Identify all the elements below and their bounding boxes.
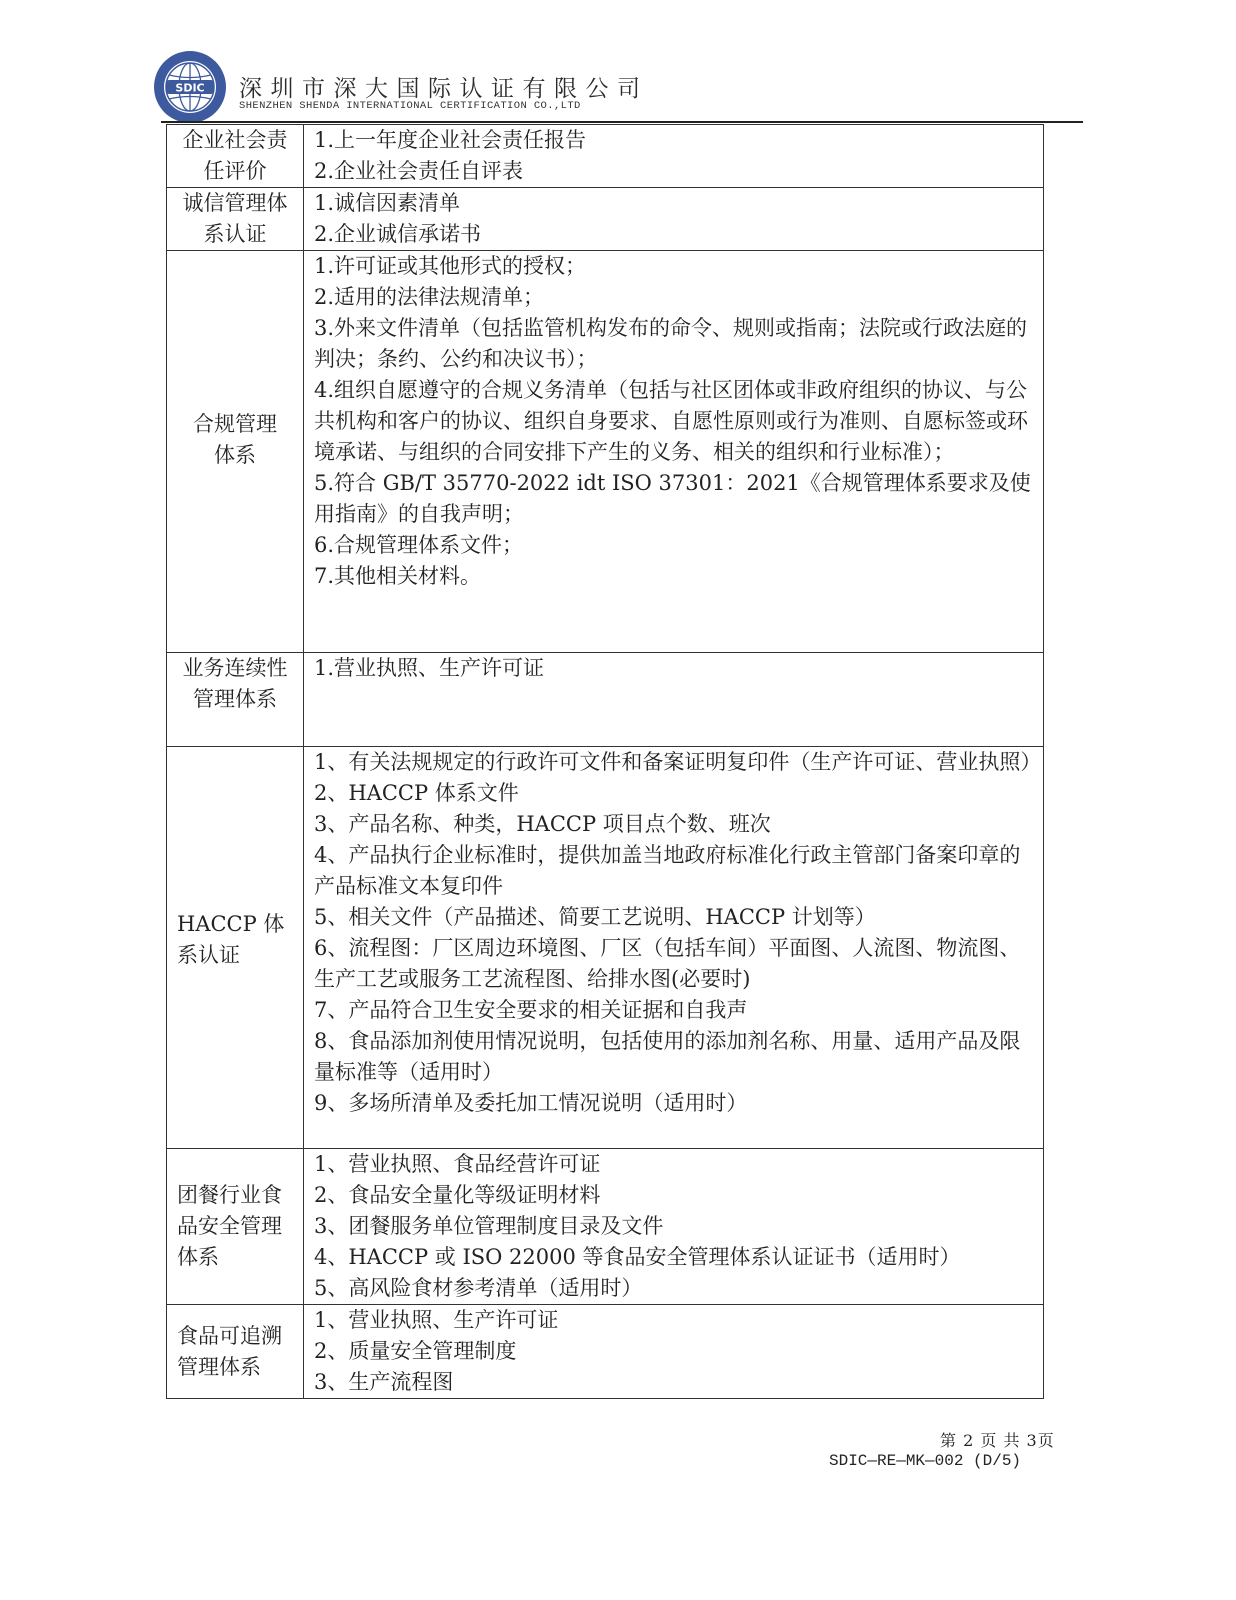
list-item: 6.合规管理体系文件； — [314, 530, 1035, 561]
list-item: 3.外来文件清单（包括监管机构发布的命令、规则或指南；法院或行政法庭的判决；条约… — [314, 313, 1035, 375]
list-item: 4、产品执行企业标准时，提供加盖当地政府标准化行政主管部门备案印章的产品标准文本… — [314, 840, 1035, 902]
list-item: 3、产品名称、种类，HACCP 项目点个数、班次 — [314, 809, 1035, 840]
list-item: 1.诚信因素清单 — [314, 188, 1035, 219]
category-cell: 业务连续性管理体系 — [167, 653, 304, 747]
table-row: 食品可追溯管理体系 1、营业执照、生产许可证 2、质量安全管理制度 3、生产流程… — [167, 1305, 1044, 1399]
company-name-cn: 深圳市深大国际认证有限公司 — [239, 70, 649, 103]
list-item: 2.企业诚信承诺书 — [314, 219, 1035, 250]
list-item: 9、多场所清单及委托加工情况说明（适用时） — [314, 1088, 1035, 1119]
list-item: 6、流程图：厂区周边环境图、厂区（包括车间）平面图、人流图、物流图、生产工艺或服… — [314, 933, 1035, 995]
category-cell: 诚信管理体系认证 — [167, 188, 304, 251]
table-row: 企业社会责任评价 1.上一年度企业社会责任报告 2.企业社会责任自评表 — [167, 125, 1044, 188]
list-item: 2、HACCP 体系文件 — [314, 778, 1035, 809]
list-item: 2.企业社会责任自评表 — [314, 156, 1035, 187]
table-row: 诚信管理体系认证 1.诚信因素清单 2.企业诚信承诺书 — [167, 188, 1044, 251]
table-row: HACCP 体系认证 1、有关法规规定的行政许可文件和备案证明复印件（生产许可证… — [167, 747, 1044, 1149]
list-item: 5、高风险食材参考清单（适用时） — [314, 1273, 1035, 1304]
list-item: 7、产品符合卫生安全要求的相关证据和自我声 — [314, 995, 1035, 1026]
list-item: 1.营业执照、生产许可证 — [314, 653, 1035, 684]
list-item: 1、营业执照、生产许可证 — [314, 1305, 1035, 1336]
content-cell: 1、营业执照、食品经营许可证 2、食品安全量化等级证明材料 3、团餐服务单位管理… — [304, 1149, 1044, 1305]
table-row: 业务连续性管理体系 1.营业执照、生产许可证 — [167, 653, 1044, 747]
requirements-table: 企业社会责任评价 1.上一年度企业社会责任报告 2.企业社会责任自评表 诚信管理… — [166, 124, 1044, 1399]
content-cell: 1.许可证或其他形式的授权； 2.适用的法律法规清单； 3.外来文件清单（包括监… — [304, 251, 1044, 653]
list-item: 3、生产流程图 — [314, 1367, 1035, 1398]
category-cell: 团餐行业食品安全管理体系 — [167, 1149, 304, 1305]
content-cell: 1、营业执照、生产许可证 2、质量安全管理制度 3、生产流程图 — [304, 1305, 1044, 1399]
list-item: 5.符合 GB/T 35770-2022 idt ISO 37301：2021《… — [314, 468, 1035, 530]
list-item: 1.许可证或其他形式的授权； — [314, 251, 1035, 282]
list-item: 2、食品安全量化等级证明材料 — [314, 1180, 1035, 1211]
document-code: SDIC—RE—MK—002 (D/5) — [829, 1452, 1021, 1470]
page-number: 第 2 页 共 3页 — [940, 1428, 1055, 1451]
list-item: 2、质量安全管理制度 — [314, 1336, 1035, 1367]
content-cell: 1.营业执照、生产许可证 — [304, 653, 1044, 747]
category-cell: 企业社会责任评价 — [167, 125, 304, 188]
list-item: 1.上一年度企业社会责任报告 — [314, 125, 1035, 156]
list-item: 3、团餐服务单位管理制度目录及文件 — [314, 1211, 1035, 1242]
list-item: 8、食品添加剂使用情况说明，包括使用的添加剂名称、用量、适用产品及限量标准等（适… — [314, 1026, 1035, 1088]
sdic-logo-icon: SDIC — [153, 50, 227, 124]
list-item: 2.适用的法律法规清单； — [314, 282, 1035, 313]
svg-text:SDIC: SDIC — [175, 82, 204, 95]
content-cell: 1、有关法规规定的行政许可文件和备案证明复印件（生产许可证、营业执照） 2、HA… — [304, 747, 1044, 1149]
document-header: SDIC 深圳市深大国际认证有限公司 SHENZHEN SHENDA INTER… — [153, 50, 1083, 122]
list-item: 1、有关法规规定的行政许可文件和备案证明复印件（生产许可证、营业执照） — [314, 747, 1035, 778]
category-cell: 合规管理体系 — [167, 251, 304, 653]
header-divider — [161, 121, 1083, 123]
list-item: 7.其他相关材料。 — [314, 561, 1035, 592]
list-item: 4.组织自愿遵守的合规义务清单（包括与社区团体或非政府组织的协议、与公共机构和客… — [314, 375, 1035, 468]
company-name-en: SHENZHEN SHENDA INTERNATIONAL CERTIFICAT… — [239, 100, 581, 112]
content-cell: 1.上一年度企业社会责任报告 2.企业社会责任自评表 — [304, 125, 1044, 188]
list-item: 5、相关文件（产品描述、简要工艺说明、HACCP 计划等） — [314, 902, 1035, 933]
category-cell: 食品可追溯管理体系 — [167, 1305, 304, 1399]
table-row: 合规管理体系 1.许可证或其他形式的授权； 2.适用的法律法规清单； 3.外来文… — [167, 251, 1044, 653]
category-cell: HACCP 体系认证 — [167, 747, 304, 1149]
list-item: 4、HACCP 或 ISO 22000 等食品安全管理体系认证证书（适用时） — [314, 1242, 1035, 1273]
table-row: 团餐行业食品安全管理体系 1、营业执照、食品经营许可证 2、食品安全量化等级证明… — [167, 1149, 1044, 1305]
list-item: 1、营业执照、食品经营许可证 — [314, 1149, 1035, 1180]
content-cell: 1.诚信因素清单 2.企业诚信承诺书 — [304, 188, 1044, 251]
